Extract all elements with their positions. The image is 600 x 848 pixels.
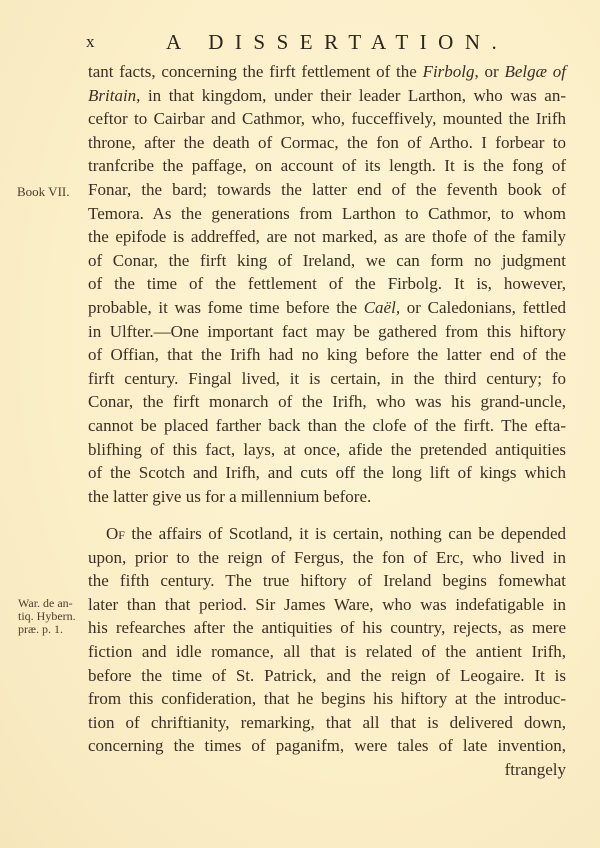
- text-line: tant facts, concerning the firft fettlem…: [88, 60, 566, 84]
- margin-note-line: præ. p. 1.: [18, 623, 88, 636]
- text-line: of the time of the fettlement of the Fir…: [88, 272, 566, 296]
- book-page: x A DISSERTATION. Book VII. War. de an- …: [0, 0, 600, 848]
- text-line: Fonar, the bard; towards the latter end …: [88, 178, 566, 202]
- text-line: concerning the times of paganifm, were t…: [88, 734, 566, 758]
- text-line: his refearches after the antiquities of …: [88, 616, 566, 640]
- text-line: fiction and idle romance, all that is re…: [88, 640, 566, 664]
- text-line: upon, prior to the reign of Fergus, the …: [88, 546, 566, 570]
- text-line: blifhing of this fact, lays, at once, af…: [88, 438, 566, 462]
- margin-note-ware-reference: War. de an- tiq. Hybern. præ. p. 1.: [18, 597, 88, 636]
- text-line: later than that period. Sir James Ware, …: [88, 593, 566, 617]
- text-line: tranfcribe the paffage, on account of it…: [88, 154, 566, 178]
- text-line: of the Scotch and Irifh, and cuts off th…: [88, 461, 566, 485]
- text-line: Conar, the firft monarch of the Irifh, w…: [88, 390, 566, 414]
- text-line: in Ulfter.—One important fact may be gat…: [88, 320, 566, 344]
- catchword: ftrangely: [88, 758, 566, 782]
- paragraph-scotland: Of the affairs of Scotland, it is certai…: [88, 522, 566, 782]
- text-line: probable, it was fome time before the Ca…: [88, 296, 566, 320]
- paragraph-firbolg: tant facts, concerning the firft fettlem…: [88, 60, 566, 508]
- running-head: x A DISSERTATION.: [86, 30, 566, 54]
- text-line: the epifode is addreffed, are not marked…: [88, 225, 566, 249]
- text-line: firft century. Fingal lived, it is certa…: [88, 367, 566, 391]
- text-line: before the time of St. Patrick, and the …: [88, 664, 566, 688]
- text-line: of Offian, that the Irifh had no king be…: [88, 343, 566, 367]
- text-line: from this confideration, that he begins …: [88, 687, 566, 711]
- text-line: Britain, in that kingdom, under their le…: [88, 84, 566, 108]
- paragraph-lead-word: Of: [106, 524, 125, 543]
- text-line: of Conar, the firft king of Ireland, we …: [88, 249, 566, 273]
- page-number: x: [86, 32, 95, 52]
- text-line: throne, after the death of Cormac, the f…: [88, 131, 566, 155]
- text-line: Temora. As the generations from Larthon …: [88, 202, 566, 226]
- text-line: the latter give us for a millennium befo…: [88, 485, 566, 509]
- page-title: A DISSERTATION.: [166, 30, 508, 55]
- margin-note-book-reference: Book VII.: [17, 185, 69, 198]
- text-line: cannot be placed farther back than the c…: [88, 414, 566, 438]
- text-line: the fifth century. The true hiftory of I…: [88, 569, 566, 593]
- text-line: ceftor to Cairbar and Cathmor, who, fucc…: [88, 107, 566, 131]
- text-line: tion of chriftianity, remarking, that al…: [88, 711, 566, 735]
- text-line: Of the affairs of Scotland, it is certai…: [88, 522, 566, 546]
